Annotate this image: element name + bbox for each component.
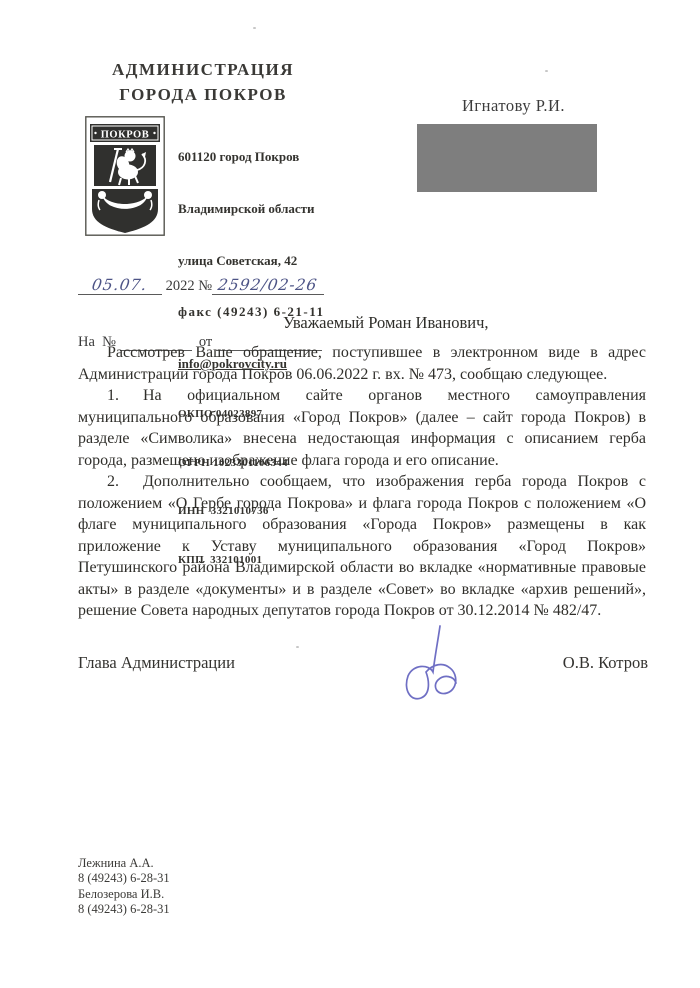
letter-body: Рассмотрев Ваше обращение, поступившее в… [78, 342, 646, 622]
year-number-label: 2022 № [166, 278, 212, 294]
recipient-name: Игнатову Р.И. [462, 96, 565, 116]
scanned-letter-page: АДМИНИСТРАЦИЯ ГОРОДА ПОКРОВ ПОКРОВ [0, 0, 700, 988]
paragraph: 2.Дополнительно сообщаем, что изображени… [78, 471, 646, 622]
paragraph-text: Дополнительно сообщаем, что изображения … [78, 473, 646, 619]
org-name-line1: АДМИНИСТРАЦИЯ [83, 57, 323, 82]
handwritten-number: 2592/02-26 [217, 276, 319, 294]
paragraph-number: 2. [107, 473, 119, 490]
outgoing-row: 05.07. 2022 №2592/02-26 [78, 276, 324, 295]
contact-name: Лежнина А.А. [78, 856, 170, 871]
redaction-box [417, 124, 597, 192]
paragraph-number: 1. [107, 387, 119, 404]
emblem-lion-field [94, 145, 156, 186]
signer-name: О.В. Котров [563, 653, 648, 673]
address-line: 601120 город Покров [178, 149, 325, 165]
scan-speck [296, 646, 299, 648]
emblem-text: ПОКРОВ [101, 130, 149, 141]
contact-phone: 8 (49243) 6-28-31 [78, 871, 170, 886]
scan-speck [545, 70, 548, 72]
executor-contacts: Лежнина А.А. 8 (49243) 6-28-31 Белозеров… [78, 856, 170, 918]
address-line: Владимирской области [178, 201, 325, 217]
date-ruled-line: 05.07. [78, 276, 162, 295]
emblem-top-band: ПОКРОВ [90, 124, 160, 142]
coat-of-arms-icon: ПОКРОВ [85, 116, 165, 236]
paragraph-text: Рассмотрев Ваше обращение, поступившее в… [78, 344, 646, 383]
contact-phone: 8 (49243) 6-28-31 [78, 902, 170, 917]
contact-name: Белозерова И.В. [78, 887, 170, 902]
org-name: АДМИНИСТРАЦИЯ ГОРОДА ПОКРОВ [83, 57, 323, 107]
number-ruled-line: 2592/02-26 [212, 276, 324, 295]
handwritten-date: 05.07. [91, 276, 149, 294]
scan-speck [253, 27, 256, 29]
salutation: Уважаемый Роман Иванович, [283, 313, 489, 333]
signer-position-title: Глава Администрации [78, 653, 235, 673]
handwritten-signature [393, 620, 468, 710]
paragraph: Рассмотрев Ваше обращение, поступившее в… [78, 342, 646, 385]
paragraph: 1.На официальном сайте органов местного … [78, 385, 646, 471]
paragraph-text: На официальном сайте органов местного са… [78, 387, 646, 469]
org-name-line2: ГОРОДА ПОКРОВ [83, 82, 323, 107]
